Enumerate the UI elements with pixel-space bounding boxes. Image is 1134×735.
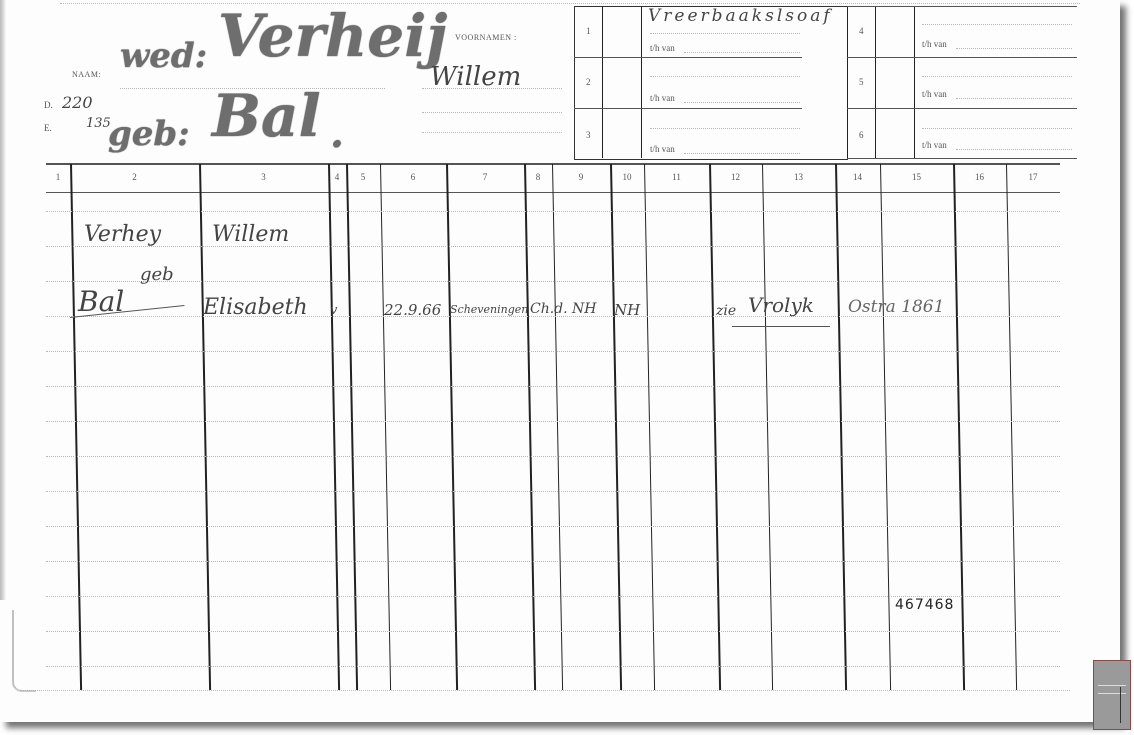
thumb-line-2: [1098, 693, 1126, 694]
entry-col10-religion: NH: [614, 301, 640, 319]
thumb-vline: [1120, 687, 1121, 723]
underline-vrolyk: [732, 326, 830, 327]
bottom-edge: [20, 690, 1070, 691]
column-lines: [0, 0, 1120, 722]
entry-col12-zie: zie: [716, 303, 736, 319]
entry-col3-firstname-2: Elisabeth: [203, 295, 308, 320]
entry-col2-surname: Verhey: [84, 222, 161, 247]
archive-number-stamp: 467468: [895, 597, 954, 613]
entry-col3-firstname: Willem: [212, 222, 289, 247]
entry-col9-religion: Ch.d. NH: [530, 301, 597, 317]
torn-corner: [12, 610, 36, 692]
registry-card: NAAM: wed: Verheij D. 220 E. 135 geb: Ba…: [0, 0, 1120, 722]
entry-col2-geb: geb: [140, 264, 174, 285]
entry-col7-place: Scheveningen: [450, 303, 528, 316]
thumb-line-1: [1098, 685, 1126, 686]
entry-col6-date: 22.9.66: [384, 301, 441, 319]
page-thumbnail[interactable]: [1093, 660, 1131, 730]
entry-col13-reference: Vrolyk: [748, 293, 814, 317]
entry-col4-sex: v: [330, 303, 337, 318]
entry-col15-note: Ostra 1861: [848, 297, 944, 317]
